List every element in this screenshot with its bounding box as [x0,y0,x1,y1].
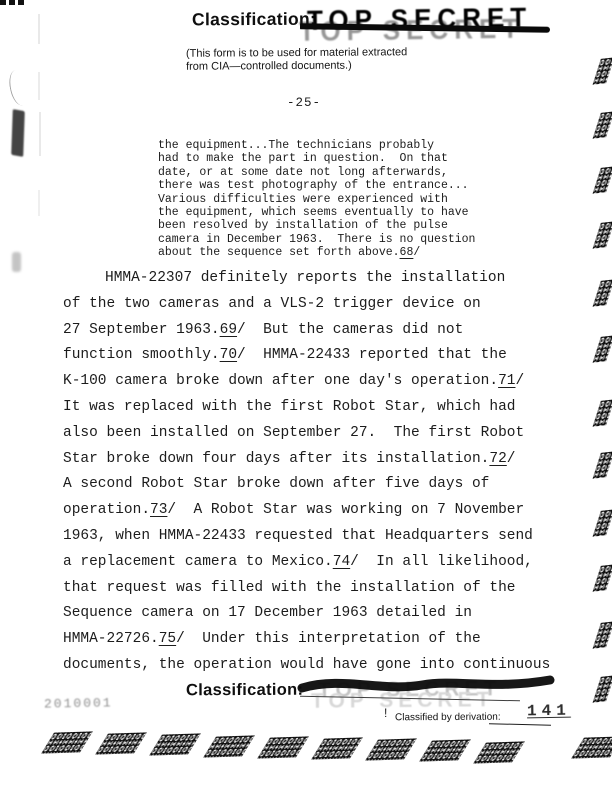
text-line: HMMA-22726.75/ Under this interpretation… [63,627,550,653]
scan-artifact [11,109,25,157]
text-line: a replacement camera to Mexico.74/ In al… [63,550,550,576]
binding-mark [593,621,612,648]
binding-mark [473,741,525,763]
text-line: HMMA-22307 definitely reports the instal… [63,266,550,292]
derivation-blank-line [489,722,551,726]
text-line: It was replaced with the first Robot Sta… [63,395,550,421]
binding-mark [593,451,612,478]
text-line: the equipment...The technicians probably [158,139,475,152]
corner-mark [0,0,26,5]
binding-mark [593,564,612,591]
text-line: the equipment, which seems eventually to… [158,206,475,219]
binding-mark [571,736,612,758]
classification-label-bottom: Classification: [186,681,303,701]
binding-mark [593,675,612,702]
classification-label-top: Classification: [192,9,316,31]
block-quote: the equipment...The technicians probably… [158,139,475,260]
text-line: had to make the part in question. On tha… [158,152,475,165]
binding-mark [41,731,93,753]
binding-mark [257,736,309,758]
text-line: K-100 camera broke down after one day's … [63,369,550,395]
binding-mark [593,279,612,306]
text-line: of the two cameras and a VLS-2 trigger d… [63,292,550,318]
text-line: about the sequence set forth above.68/ [158,246,475,259]
faint-serial-stamp: 2010001 [44,695,113,711]
binding-mark [593,57,612,84]
binding-mark [149,734,201,756]
binding-mark [593,111,612,138]
text-line: been resolved by installation of the pul… [158,219,475,232]
text-line: date, or at some date not long afterward… [158,166,475,179]
binding-mark [593,221,612,248]
exclamation-mark: ! [384,706,387,720]
derivation-label: Classified by derivation: [395,712,501,724]
form-note-line: from CIA—controlled documents.) [186,59,407,74]
binding-mark [365,739,417,761]
scan-artifact [6,69,28,107]
text-line: 1963, when HMMA-22433 requested that Hea… [63,524,550,550]
scan-artifact [38,72,40,100]
binding-mark [311,737,363,759]
binding-mark [419,740,471,762]
text-line: Star broke down four days after its inst… [63,447,550,473]
text-line: Sequence camera on 17 December 1963 deta… [63,601,550,627]
scan-artifact [39,112,41,156]
text-line: that request was filled with the install… [63,576,550,602]
text-line: function smoothly.70/ HMMA-22433 reporte… [63,343,550,369]
text-line: also been installed on September 27. The… [63,421,550,447]
document-page: Classification: TOP SECRET TOP SECRET (T… [0,0,612,791]
binding-mark [95,733,147,755]
text-line: A second Robot Star broke down after fiv… [63,472,550,498]
page-number-top: -25- [287,96,321,110]
binding-mark [203,735,255,757]
form-note: (This form is to be used for material ex… [186,46,407,74]
binding-mark [593,335,612,362]
text-line: Various difficulties were experienced wi… [158,193,475,206]
text-line: 27 September 1963.69/ But the cameras di… [63,318,550,344]
text-line: there was test photography of the entran… [158,179,475,192]
scan-artifact [38,14,40,44]
form-note-line: (This form is to be used for material ex… [186,46,407,61]
scan-artifact [12,252,21,272]
text-line: operation.73/ A Robot Star was working o… [63,498,550,524]
scan-artifact [38,190,40,216]
binding-mark [593,509,612,536]
text-line: camera in December 1963. There is no que… [158,233,475,246]
page-number-bottom: 141 [527,702,571,721]
binding-mark [593,166,612,193]
binding-mark [593,399,612,426]
body-text: HMMA-22307 definitely reports the instal… [63,266,550,679]
